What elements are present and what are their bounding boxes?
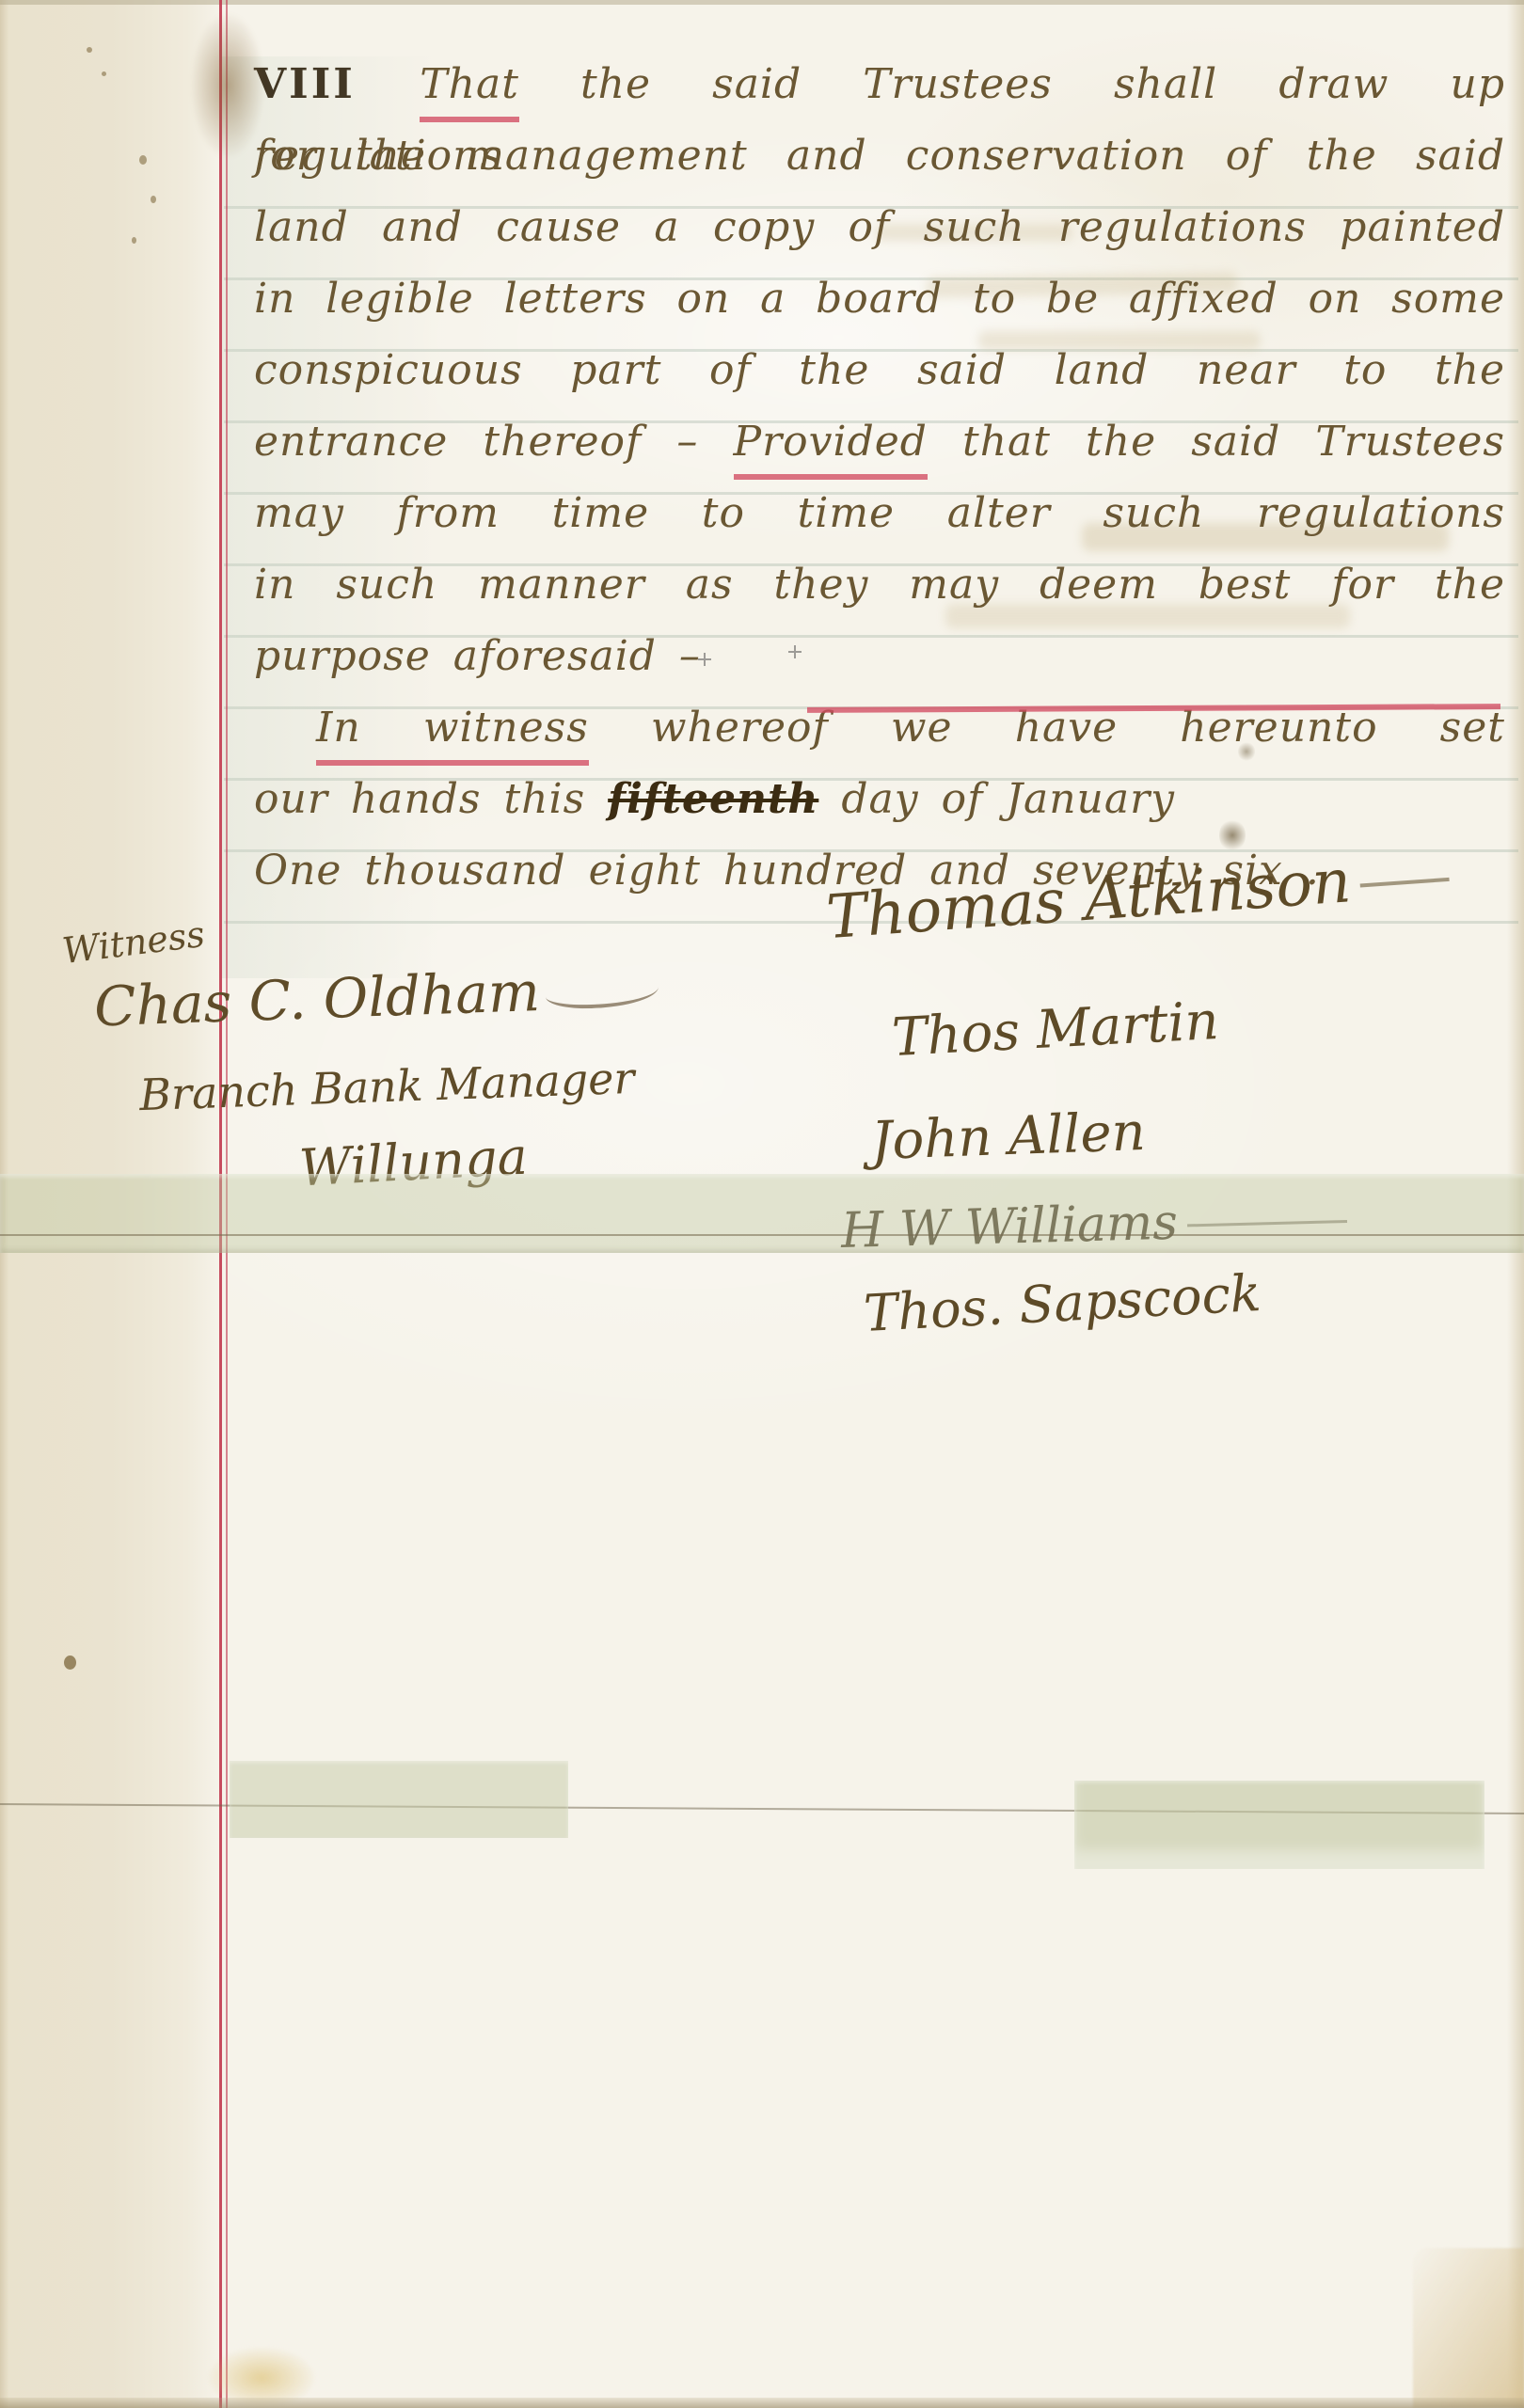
paper-stain: [1413, 2248, 1524, 2408]
tape-repair-band: [0, 1174, 1524, 1253]
ink-speck: [64, 1655, 76, 1670]
page-top-edge: [0, 0, 1524, 5]
manuscript-line-1: VIII That the said Trustees shall draw u…: [254, 49, 1505, 120]
manuscript-line-11: our hands this fifteenth day of January: [254, 764, 1505, 835]
signature: Thos. Sapscock: [863, 1263, 1262, 1343]
ink-speck: [102, 71, 106, 76]
tape-repair-patch: [230, 1761, 568, 1838]
red-underlined-word: Provided: [734, 418, 928, 480]
struck-through-word: fifteenth: [608, 775, 818, 823]
pen-cross-mark: [698, 653, 711, 666]
ink-speck: [87, 47, 92, 53]
red-underlined-word: In witness: [316, 704, 589, 766]
manuscript-text: land and cause a copy of such regulation…: [254, 203, 1505, 251]
ink-blot: [1219, 818, 1246, 852]
signature: Thos Martin: [891, 990, 1221, 1069]
manuscript-line-8: in such manner as they may deem best for…: [254, 549, 1505, 621]
manuscript-text: in such manner as they may deem best for…: [254, 561, 1505, 609]
manuscript-text: that the said Trustees: [928, 418, 1505, 466]
manuscript-line-5: conspicuous part of the said land near t…: [254, 335, 1505, 406]
ink-speck: [132, 237, 136, 244]
manuscript-text: in legible letters on a board to be affi…: [254, 275, 1505, 323]
page-bottom-edge: [0, 2398, 1524, 2408]
pen-cross-mark: [788, 645, 802, 658]
manuscript-text: purpose aforesaid –: [254, 632, 701, 680]
manuscript-line-7: may from time to time alter such regulat…: [254, 478, 1505, 549]
ink-speck: [139, 155, 147, 165]
manuscript-text: may from time to time alter such regulat…: [254, 489, 1505, 537]
manuscript-text: conspicuous part of the said land near t…: [254, 346, 1505, 394]
ink-blot: [1238, 741, 1255, 762]
clause-number: VIII: [254, 60, 420, 108]
signature: John Allen: [870, 1101, 1147, 1172]
manuscript-line-4: in legible letters on a board to be affi…: [254, 263, 1505, 335]
clause-text-block: VIII That the said Trustees shall draw u…: [254, 49, 1505, 907]
manuscript-text: our hands this: [254, 775, 608, 823]
manuscript-line-3: land and cause a copy of such regulation…: [254, 192, 1505, 263]
fold-crease: [0, 1234, 1524, 1236]
ink-speck: [151, 196, 156, 203]
manuscript-line-10: In witness whereof we have hereunto set: [254, 692, 1505, 764]
manuscript-text: day of January: [818, 775, 1175, 823]
tape-repair-patch: [1074, 1781, 1484, 1869]
manuscript-text: entrance thereof –: [254, 418, 734, 466]
ink-stain: [191, 13, 264, 158]
document-page: VIII That the said Trustees shall draw u…: [0, 0, 1524, 2408]
manuscript-line-9: purpose aforesaid –: [254, 621, 1505, 692]
manuscript-text: for the management and conservation of t…: [254, 132, 1505, 180]
red-underlined-word: That: [420, 60, 519, 122]
manuscript-line-6: entrance thereof – Provided that the sai…: [254, 406, 1505, 478]
manuscript-line-2: for the management and conservation of t…: [254, 120, 1505, 192]
